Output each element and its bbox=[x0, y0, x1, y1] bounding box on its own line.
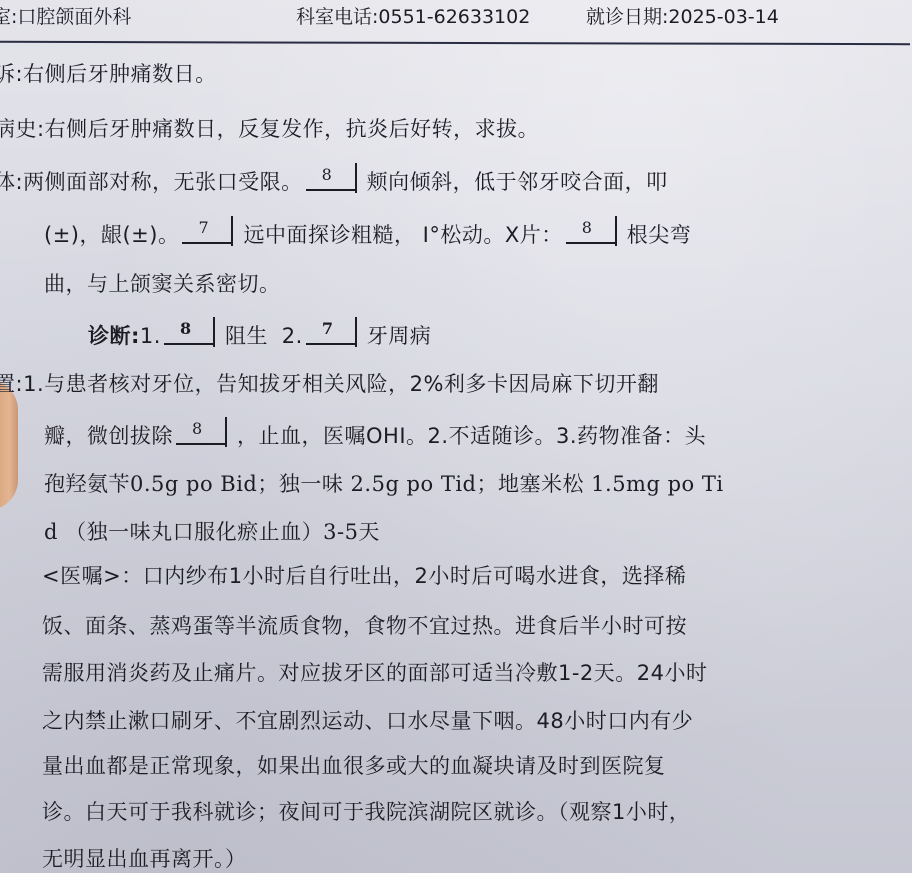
advice-line: 之内禁止漱口刷牙、不宜剧烈运动、口水尽量下咽。48小时口内有少 bbox=[42, 705, 693, 735]
advice-text: 需服用消炎药及止痛片。对应拔牙区的面部可适当冷敷1-2天。24小时 bbox=[42, 661, 708, 685]
advice-line: 量出血都是正常现象，如果出血很多或大的血凝块请及时到医院复 bbox=[42, 750, 666, 780]
advice-text: 无明显出血再离开。） bbox=[42, 847, 247, 871]
tooth-vbar bbox=[355, 317, 357, 347]
chief-complaint-label: 诉: bbox=[0, 62, 23, 86]
treatment-text: ，止血，医嘱OHI。2.不适随诊。3.药物准备：头 bbox=[237, 424, 706, 448]
treatment-line-2: 瓣，微创拔除8，止血，医嘱OHI。2.不适随诊。3.药物准备：头 bbox=[44, 420, 706, 450]
record-header: 室:口腔颌面外科 科室电话:0551-62633102 就诊日期:2025-03… bbox=[0, 0, 912, 32]
exam-text: 两侧面部对称，无张口受限。 bbox=[23, 170, 303, 194]
advice-line: 需服用消炎药及止痛片。对应拔牙区的面部可适当冷敷1-2天。24小时 bbox=[42, 657, 708, 687]
advice-line: 饭、面条、蒸鸡蛋等半流质食物，食物不宜过热。进食后半小时可按 bbox=[42, 610, 687, 640]
tooth-vbar bbox=[231, 216, 233, 246]
tooth-number: 8 bbox=[192, 419, 203, 438]
diagnosis-item-1-text: 阻生 bbox=[225, 324, 268, 348]
treatment-text: d （独一味丸口服化瘀止血）3-5天 bbox=[44, 520, 380, 544]
treatment-line-4: d （独一味丸口服化瘀止血）3-5天 bbox=[44, 516, 380, 546]
exam-line-3: 曲，与上颌窦关系密切。 bbox=[44, 268, 281, 298]
advice-text: 饭、面条、蒸鸡蛋等半流质食物，食物不宜过热。进食后半小时可按 bbox=[42, 614, 687, 638]
present-history: 病史:右侧后牙肿痛数日，反复发作，抗炎后好转，求拔。 bbox=[0, 113, 539, 143]
treatment-text: 孢羟氨苄0.5g po Bid；独一味 2.5g po Tid；地塞米松 1.5… bbox=[44, 472, 724, 496]
advice-text: 诊。白天可于我科就诊；夜间可于我院滨湖院区就诊。（观察1小时， bbox=[42, 800, 690, 824]
advice-line: 无明显出血再离开。） bbox=[42, 843, 247, 873]
tooth-notation: 7 bbox=[182, 222, 240, 244]
diagnosis-item-2-text: 牙周病 bbox=[367, 324, 432, 348]
tooth-vbar bbox=[355, 163, 357, 193]
tooth-hbar bbox=[306, 343, 356, 345]
present-history-label: 病史: bbox=[0, 117, 45, 141]
exam-text: 远中面探诊粗糙， Ⅰ°松动。X片： bbox=[243, 223, 562, 247]
exam-text: 颊向倾斜，低于邻牙咬合面，叩 bbox=[367, 170, 668, 194]
treatment-label: 置: bbox=[0, 372, 23, 396]
tooth-vbar bbox=[213, 317, 215, 347]
tooth-vbar bbox=[615, 216, 617, 246]
department: 室:口腔颌面外科 bbox=[0, 2, 131, 29]
tooth-hbar bbox=[164, 343, 214, 345]
treatment-text: 瓣，微创拔除 bbox=[44, 424, 173, 448]
tooth-hbar bbox=[306, 189, 356, 191]
tooth-number: 7 bbox=[322, 319, 334, 338]
exam-text: (±)，龈(±)。 bbox=[44, 223, 179, 247]
exam-line-1: 体:两侧面部对称，无张口受限。8颊向倾斜，低于邻牙咬合面，叩 bbox=[0, 166, 668, 196]
advice-text: 之内禁止漱口刷牙、不宜剧烈运动、口水尽量下咽。48小时口内有少 bbox=[42, 709, 693, 733]
chief-complaint-text: 右侧后牙肿痛数日。 bbox=[23, 62, 217, 86]
diagnosis-label: 诊断: bbox=[88, 324, 140, 348]
diagnosis-item-1-prefix: 1. bbox=[140, 324, 161, 348]
tooth-hbar bbox=[176, 443, 226, 445]
exam-line-2: (±)，龈(±)。7远中面探诊粗糙， Ⅰ°松动。X片：8根尖弯 bbox=[44, 219, 691, 249]
treatment-line-1: 置:1.与患者核对牙位，告知拔牙相关风险，2%利多卡因局麻下切开翻 bbox=[0, 368, 659, 398]
tooth-hbar bbox=[566, 242, 616, 244]
tooth-vbar bbox=[225, 417, 227, 447]
diagnosis: 诊断:1.8阻生 2.7牙周病 bbox=[88, 320, 431, 350]
treatment-line-3: 孢羟氨苄0.5g po Bid；独一味 2.5g po Tid；地塞米松 1.5… bbox=[44, 468, 724, 498]
header-divider bbox=[0, 41, 910, 45]
finger-holding-paper bbox=[0, 380, 18, 510]
chief-complaint: 诉:右侧后牙肿痛数日。 bbox=[0, 58, 217, 88]
tooth-notation: 8 bbox=[306, 169, 364, 191]
department-phone: 科室电话:0551-62633102 bbox=[296, 2, 530, 29]
tooth-notation: 8 bbox=[176, 423, 234, 445]
tooth-number: 8 bbox=[322, 165, 333, 184]
present-history-text: 右侧后牙肿痛数日，反复发作，抗炎后好转，求拔。 bbox=[45, 117, 540, 141]
advice-text: <医嘱>：口内纱布1小时后自行吐出，2小时后可喝水进食，选择稀 bbox=[42, 564, 686, 588]
exam-text: 曲，与上颌窦关系密切。 bbox=[44, 272, 281, 296]
advice-line: <医嘱>：口内纱布1小时后自行吐出，2小时后可喝水进食，选择稀 bbox=[42, 560, 686, 590]
diagnosis-item-2-prefix: 2. bbox=[282, 324, 303, 348]
exam-label: 体: bbox=[0, 170, 23, 194]
tooth-hbar bbox=[182, 242, 232, 244]
visit-date: 就诊日期:2025-03-14 bbox=[586, 2, 779, 29]
treatment-text: 1.与患者核对牙位，告知拔牙相关风险，2%利多卡因局麻下切开翻 bbox=[23, 372, 659, 396]
exam-text: 根尖弯 bbox=[627, 223, 692, 247]
advice-line: 诊。白天可于我科就诊；夜间可于我院滨湖院区就诊。（观察1小时， bbox=[42, 796, 690, 826]
advice-text: 量出血都是正常现象，如果出血很多或大的血凝块请及时到医院复 bbox=[42, 754, 666, 778]
tooth-notation: 8 bbox=[566, 222, 624, 244]
tooth-notation: 8 bbox=[164, 323, 222, 345]
tooth-number: 8 bbox=[180, 319, 192, 338]
tooth-number: 7 bbox=[198, 218, 209, 237]
tooth-notation: 7 bbox=[306, 323, 364, 345]
tooth-number: 8 bbox=[582, 218, 593, 237]
